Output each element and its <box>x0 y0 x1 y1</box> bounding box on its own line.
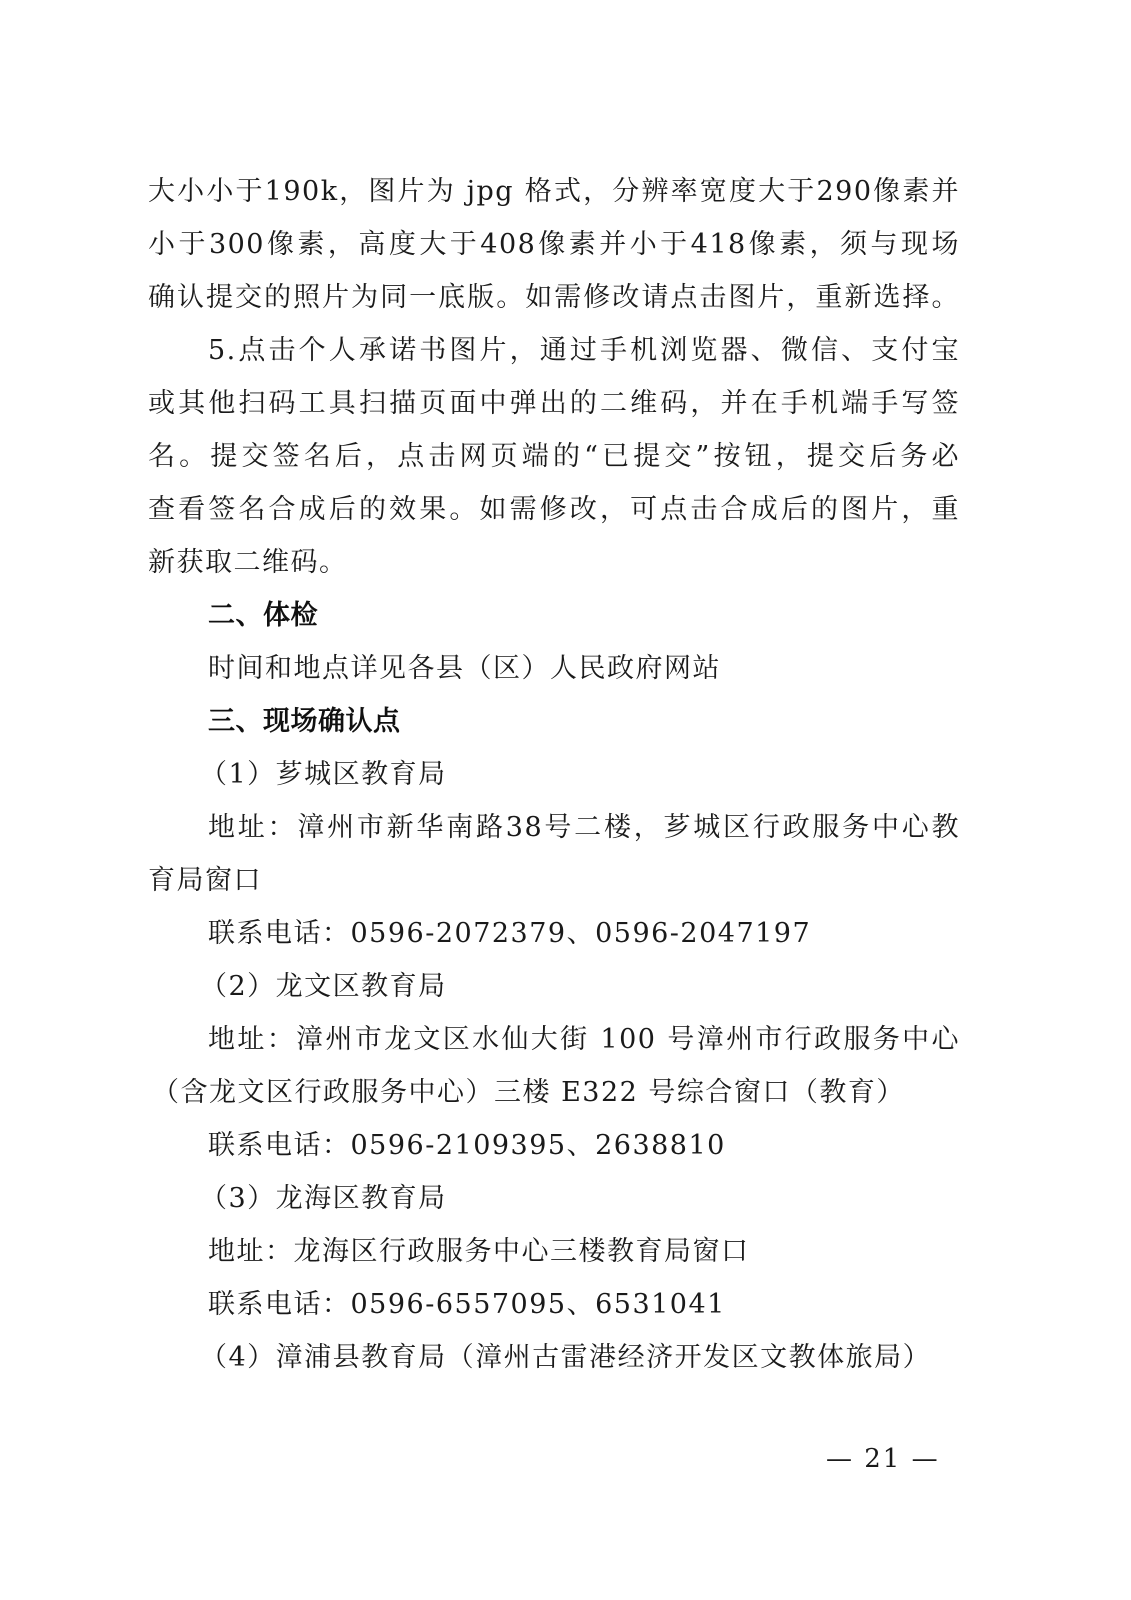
site-address-line: 地址：漳州市龙文区水仙大街 100 号漳州市行政服务中心 <box>208 1024 960 1056</box>
document-page: 大小小于190k，图片为 jpg 格式，分辨率宽度大于290像素并 小于300像… <box>0 0 1131 1600</box>
site-address-line: 地址：漳州市新华南路38号二楼，芗城区行政服务中心教 <box>208 812 960 844</box>
site-phone: 联系电话：0596-2109395、2638810 <box>208 1130 1028 1162</box>
paragraph-line: 确认提交的照片为同一底版。如需修改请点击图片，重新选择。 <box>148 282 960 314</box>
step5-line: 查看签名合成后的效果。如需修改，可点击合成后的图片，重 <box>148 494 960 526</box>
section-heading-physical-exam: 二、体检 <box>208 600 1028 632</box>
paragraph-line: 大小小于190k，图片为 jpg 格式，分辨率宽度大于290像素并 <box>148 176 960 208</box>
section-body-physical-exam: 时间和地点详见各县（区）人民政府网站 <box>208 653 1028 685</box>
paragraph-line: 小于300像素，高度大于408像素并小于418像素，须与现场 <box>148 229 960 261</box>
site-name: （3）龙海区教育局 <box>200 1183 1020 1215</box>
page-number: — 21 — <box>826 1443 940 1475</box>
site-address-line: 地址：龙海区行政服务中心三楼教育局窗口 <box>208 1236 1028 1268</box>
site-address-line: （含龙文区行政服务中心）三楼 E322 号综合窗口（教育） <box>152 1077 972 1109</box>
step5-line: 新获取二维码。 <box>148 547 968 579</box>
site-name: （2）龙文区教育局 <box>200 971 1020 1003</box>
site-name: （1）芗城区教育局 <box>200 759 1020 791</box>
site-phone: 联系电话：0596-2072379、0596-2047197 <box>208 918 1028 950</box>
step5-line: 或其他扫码工具扫描页面中弹出的二维码，并在手机端手写签 <box>148 388 960 420</box>
site-address-line: 育局窗口 <box>148 865 968 897</box>
site-phone: 联系电话：0596-6557095、6531041 <box>208 1289 1028 1321</box>
step5-line: 名。提交签名后，点击网页端的“已提交”按钮，提交后务必 <box>148 441 960 473</box>
step5-line: 5.点击个人承诺书图片，通过手机浏览器、微信、支付宝 <box>208 335 960 367</box>
site-name: （4）漳浦县教育局（漳州古雷港经济开发区文教体旅局） <box>200 1342 1020 1374</box>
section-heading-confirmation-sites: 三、现场确认点 <box>208 706 1028 738</box>
